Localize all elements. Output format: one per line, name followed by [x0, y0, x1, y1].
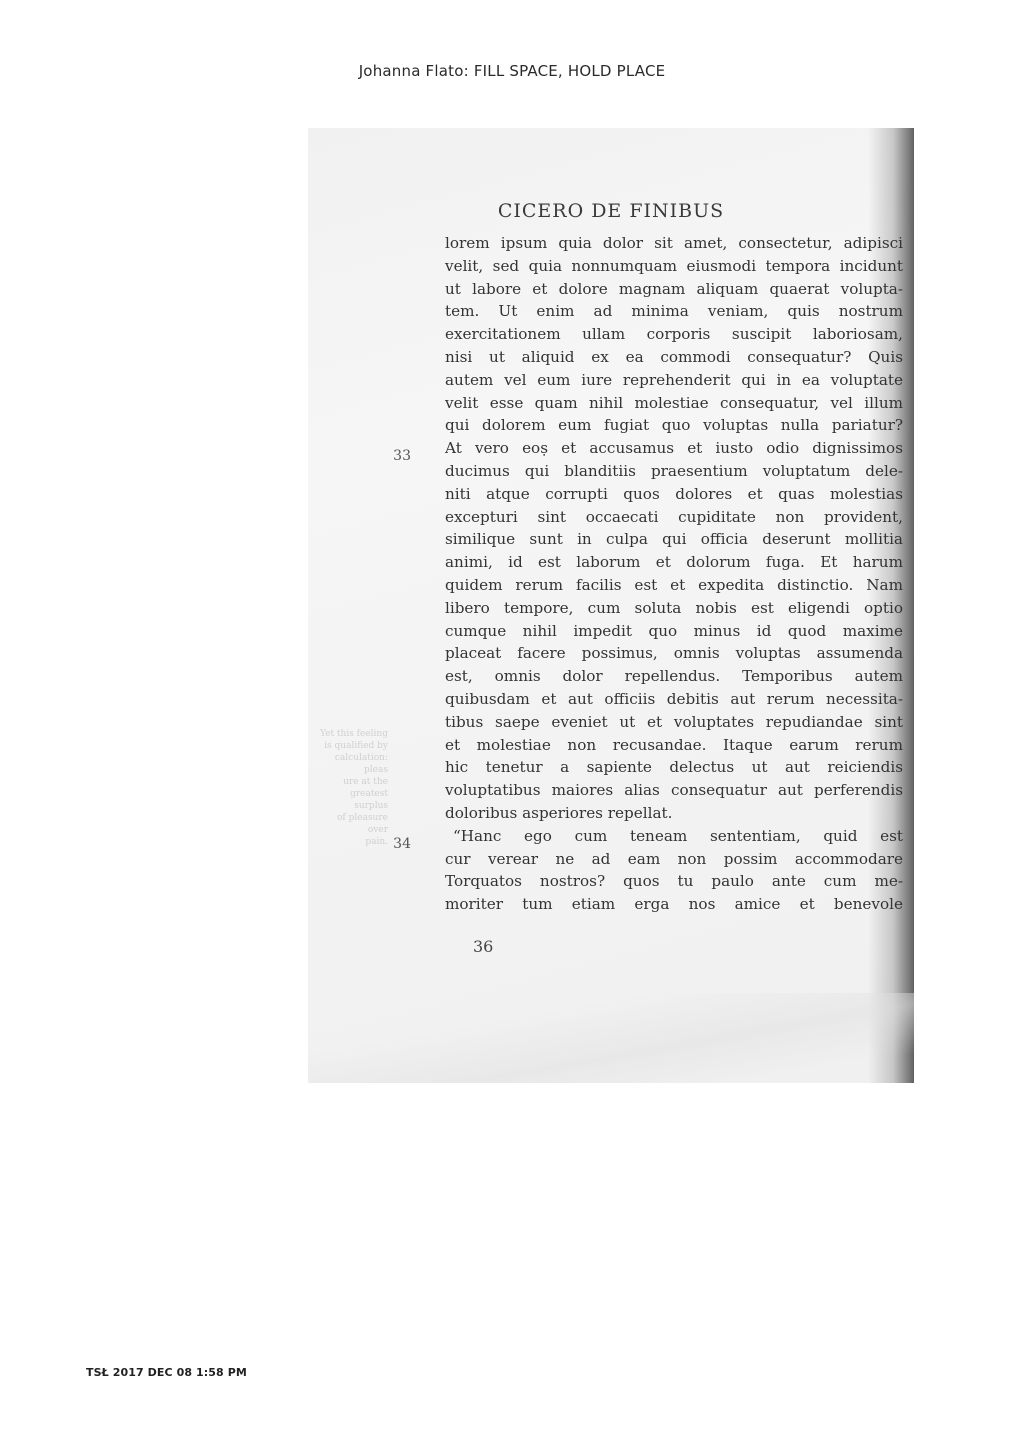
text-line: placeat facere possimus, omnis voluptas …: [445, 642, 903, 665]
text-line: velit esse quam nihil molestiae consequa…: [445, 392, 903, 415]
page-number: 36: [473, 937, 493, 956]
text-line: similique sunt in culpa qui officia dese…: [445, 528, 903, 551]
text-line: “Hanc ego cum teneam sententiam, quid es…: [445, 825, 903, 848]
bleed-line: pain.: [318, 836, 388, 848]
text-line: qui dolorem eum fugiat quo voluptas null…: [445, 414, 903, 437]
section-number-33: 33: [381, 448, 411, 464]
bleed-line: of pleasure over: [318, 812, 388, 836]
text-line: tem. Ut enim ad minima veniam, quis nost…: [445, 300, 903, 323]
text-line: ducimus qui blanditiis praesentium volup…: [445, 460, 903, 483]
scanned-book-page: Yet this feeling is qualified by calcula…: [308, 128, 914, 1083]
text-line: At vero eoṣ et accusamus et iusto odio d…: [445, 437, 903, 460]
bleed-line: ure at the: [318, 776, 388, 788]
text-line: tibus saepe eveniet ut et voluptates rep…: [445, 711, 903, 734]
running-head: CICERO DE FINIBUS: [308, 200, 914, 222]
section-number-34: 34: [381, 836, 411, 852]
bleed-line: is qualified by: [318, 740, 388, 752]
text-line: autem vel eum iure reprehenderit qui in …: [445, 369, 903, 392]
text-line: velit, sed quia nonnumquam eiusmodi temp…: [445, 255, 903, 278]
bleed-line: greatest surplus: [318, 788, 388, 812]
text-line: Torquatos nostros? quos tu paulo ante cu…: [445, 870, 903, 893]
timestamp-stamp: TSŁ 2017 DEC 08 1:58 PM: [86, 1366, 247, 1379]
text-line: lorem ipsum quia dolor sit amet, consect…: [445, 232, 903, 255]
text-line: animi, id est laborum et dolorum fuga. E…: [445, 551, 903, 574]
text-line: hic tenetur a sapiente delectus ut aut r…: [445, 756, 903, 779]
text-line: exercitationem ullam corporis suscipit l…: [445, 323, 903, 346]
text-line: cur verear ne ad eam non possim accommod…: [445, 848, 903, 871]
text-line: moriter tum etiam erga nos amice et bene…: [445, 893, 903, 916]
text-line: doloribus asperiores repellat.: [445, 802, 903, 825]
text-line: ut labore et dolore magnam aliquam quaer…: [445, 278, 903, 301]
text-line: nisi ut aliquid ex ea commodi consequatu…: [445, 346, 903, 369]
bleed-line: calculation: pleas: [318, 752, 388, 776]
text-line: et molestiae non recusandae. Itaque earu…: [445, 734, 903, 757]
bleed-through-text: Yet this feeling is qualified by calcula…: [318, 728, 388, 848]
body-text: lorem ipsum quia dolor sit amet, consect…: [445, 232, 903, 916]
bleed-line: Yet this feeling: [318, 728, 388, 740]
document-header: Johanna Flato: FILL SPACE, HOLD PLACE: [0, 62, 1024, 80]
text-line: libero tempore, cum soluta nobis est eli…: [445, 597, 903, 620]
text-line: quidem rerum facilis est et expedita dis…: [445, 574, 903, 597]
text-line: niti atque corrupti quos dolores et quas…: [445, 483, 903, 506]
text-line: voluptatibus maiores alias consequatur a…: [445, 779, 903, 802]
text-line: excepturi sint occaecati cupiditate non …: [445, 506, 903, 529]
text-line: cumque nihil impedit quo minus id quod m…: [445, 620, 903, 643]
text-line: quibusdam et aut officiis debitis aut re…: [445, 688, 903, 711]
text-line: est, omnis dolor repellendus. Temporibus…: [445, 665, 903, 688]
